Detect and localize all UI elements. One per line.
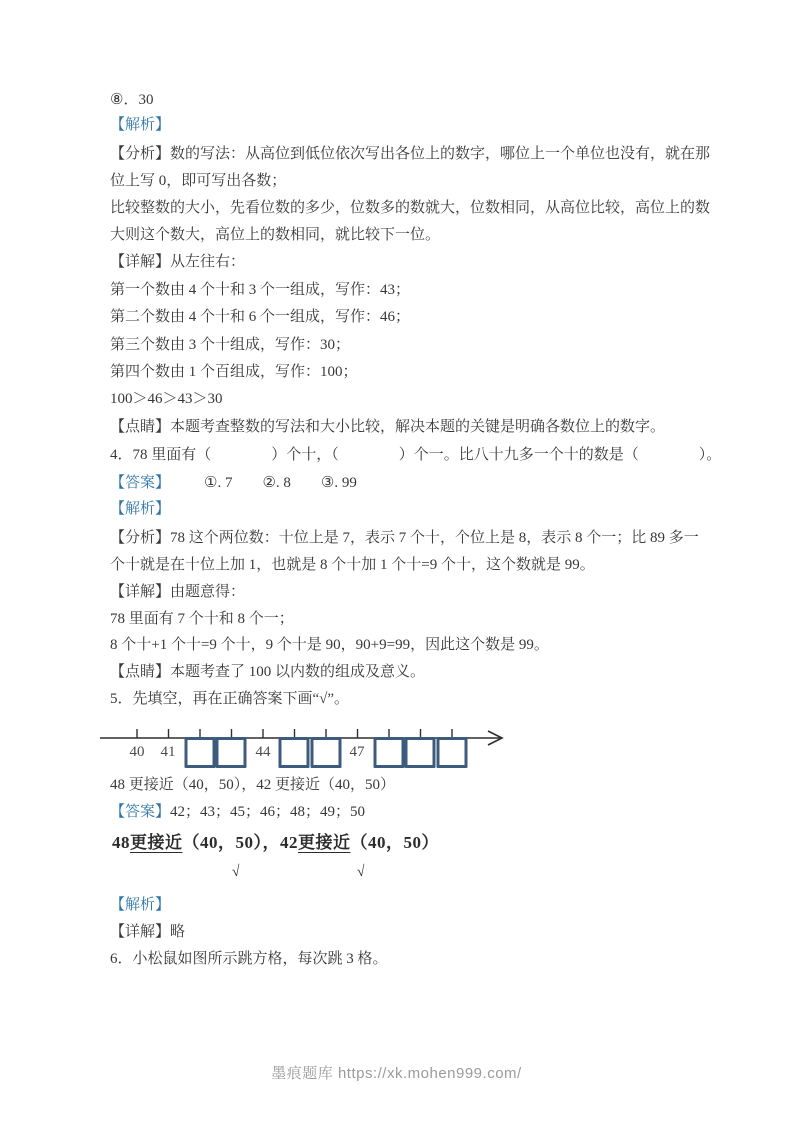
q4-summary-line: 【点睛】本题考查了 100 以内数的组成及意义。 bbox=[110, 661, 425, 683]
check-mark-under-40: √ bbox=[356, 864, 366, 882]
q3-comparison-result: 100＞46＞43＞30 bbox=[110, 388, 223, 410]
numberline-label-44: 44 bbox=[256, 743, 271, 761]
numberline-fill-box bbox=[437, 737, 468, 768]
q4-detail-line: 8 个十+1 个十=9 个十，9 个十是 90，90+9=99，因此这个数是 9… bbox=[110, 634, 549, 656]
q3-analysis-line: 位上写 0，即可写出各数； bbox=[110, 170, 286, 192]
q5-bold-answer-line: 48更接近（40，50），42更接近（40，50） bbox=[112, 832, 439, 854]
bold-answer-options-1: （40，50）， bbox=[183, 833, 281, 852]
site-footer: 墨痕题库 https://xk.mohen999.com/ bbox=[0, 1062, 793, 1083]
q4-analysis-line: 个十就是在十位上加 1，也就是 8 个十加 1 个十=9 个十，这个数就是 99… bbox=[110, 554, 595, 576]
numberline-label-40: 40 bbox=[130, 743, 145, 761]
q4-detail-line: 【详解】由题意得： bbox=[110, 581, 245, 603]
q4-question: 4．78 里面有（ ）个十，（ ）个一。比八十九多一个十的数是（ ）。 bbox=[110, 444, 721, 466]
q4-answer-label: 【答案】 bbox=[110, 475, 170, 491]
q4-analysis-line: 【分析】78 这个两位数：十位上是 7，表示 7 个十，个位上是 8，表示 8 … bbox=[110, 527, 699, 549]
q3-analysis-line: 大则这个数大，高位上的数相同，就比较下一位。 bbox=[110, 224, 440, 246]
q3-detail-line: 第四个数由 1 个百组成，写作：100； bbox=[110, 361, 358, 383]
numberline-label-41: 41 bbox=[161, 743, 176, 761]
q5-detail-line: 【详解】略 bbox=[110, 921, 185, 943]
q5-answer-label: 【答案】 bbox=[110, 804, 170, 820]
q4-detail-line: 78 里面有 7 个十和 8 个一； bbox=[110, 608, 294, 630]
q3-analysis-line: 比较整数的大小，先看位数的多少，位数多的数就大，位数相同，从高位比较，高位上的数 bbox=[110, 197, 710, 219]
check-mark-under-50: √ bbox=[231, 864, 241, 882]
numberline-fill-box bbox=[185, 737, 216, 768]
q3-analysis-line: 【分析】数的写法：从高位到低位依次写出各位上的数字，哪位上一个单位也没有，就在那 bbox=[110, 143, 710, 165]
bold-answer-closer-underlined: 更接近 bbox=[298, 833, 351, 852]
q3-detail-line: 第三个数由 3 个十组成，写作：30； bbox=[110, 334, 350, 356]
q3-detail-line: 【详解】从左往右： bbox=[110, 251, 245, 273]
q5-answer-line: 【答案】42；43；45；46；48；49；50 bbox=[110, 801, 365, 823]
q5-question: 5．先填空，再在正确答案下画“√”。 bbox=[110, 688, 349, 710]
numberline-fill-box bbox=[405, 737, 436, 768]
exam-answer-page: ⑧．30 【解析】 【分析】数的写法：从高位到低位依次写出各位上的数字，哪位上一… bbox=[0, 0, 793, 1122]
numberline-fill-box bbox=[311, 737, 342, 768]
numberline-fill-box bbox=[279, 737, 310, 768]
q4-answer-line: 【答案】①. 7 ②. 8 ③. 99 bbox=[110, 472, 357, 494]
bold-answer-options-2: （40，50） bbox=[351, 833, 440, 852]
q4-jiexi-label: 【解析】 bbox=[110, 498, 170, 520]
q3-answer-item-8: ⑧．30 bbox=[110, 89, 153, 111]
q6-question: 6．小松鼠如图所示跳方格，每次跳 3 格。 bbox=[110, 948, 388, 970]
q4-answer-value: ①. 7 ②. 8 ③. 99 bbox=[204, 475, 357, 491]
numberline-label-47: 47 bbox=[350, 743, 365, 761]
q3-detail-line: 第二个数由 4 个十和 6 个一组成，写作：46； bbox=[110, 306, 410, 328]
bold-answer-closer-underlined: 更接近 bbox=[130, 833, 183, 852]
q5-jiexi-label: 【解析】 bbox=[110, 894, 170, 916]
q5-numberline-figure: 40 41 44 47 bbox=[0, 712, 793, 776]
numberline-fill-box bbox=[374, 737, 405, 768]
bold-answer-42: 42 bbox=[280, 833, 298, 852]
numberline-fill-box bbox=[216, 737, 247, 768]
q3-detail-line: 第一个数由 4 个十和 3 个一组成，写作：43； bbox=[110, 279, 410, 301]
q5-statement: 48 更接近（40，50），42 更接近（40，50） bbox=[110, 774, 395, 796]
bold-answer-48: 48 bbox=[112, 833, 130, 852]
q3-jiexi-label: 【解析】 bbox=[110, 114, 170, 136]
q5-answer-value: 42；43；45；46；48；49；50 bbox=[170, 804, 365, 820]
q3-summary-line: 【点睛】本题考查整数的写法和大小比较，解决本题的关键是明确各数位上的数字。 bbox=[110, 416, 665, 438]
